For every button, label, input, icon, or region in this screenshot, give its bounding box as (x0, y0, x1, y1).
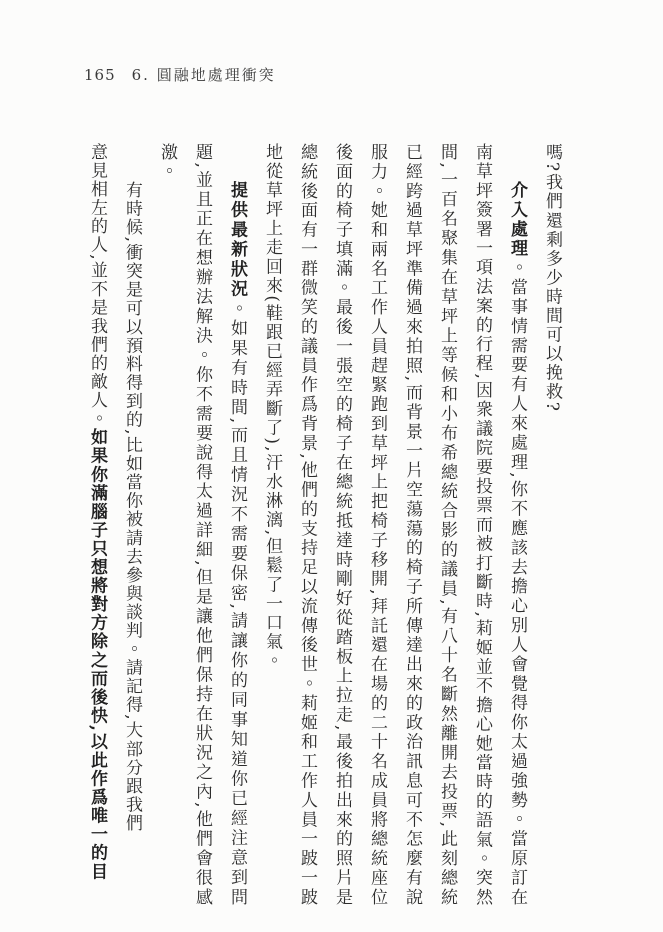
bold-lead-in: 介入處理 (507, 181, 527, 259)
paragraph-continuation: 嗎?我們還剩多少時間可以挽救? (534, 143, 569, 907)
text-run: 有時候,衝突是可以預料得到的,比如當你被請去參與談判。請記得,大部分跟我們 (122, 181, 142, 833)
paragraph-anticipate-conflict: 有時候,衝突是可以預料得到的,比如當你被請去參與談判。請記得,大部分跟我們意見相… (79, 143, 149, 907)
book-page: 1656. 圓融地處理衝突 嗎?我們還剩多少時間可以挽救? 介入處理。當事情需要… (0, 0, 663, 932)
bold-lead-in: 提供最新狀況 (227, 181, 247, 299)
text-run: 。當事情需要有人來處理,你不應該去擔心別人會覺得你太過強勢。當原訂在南草坪簽署一… (262, 143, 527, 907)
text-run: 意見相左的人,並不是我們的敵人。 (87, 143, 107, 428)
page-number: 165 (84, 66, 116, 84)
page-body-vertical-text: 嗎?我們還剩多少時間可以挽救? 介入處理。當事情需要有人來處理,你不應該去擔心別… (79, 143, 569, 907)
bold-emphasis: 如果你滿腦子只想將對方除之而後快,以此作爲唯一的目 (87, 428, 107, 881)
chapter-title: 6. 圓融地處理衝突 (132, 66, 276, 84)
text-run: 嗎?我們還剩多少時間可以挽救? (542, 143, 562, 413)
paragraph-update-status: 提供最新狀況。如果有時間,而且情況不需要保密,請讓你的同事知道你已經注意到問題,… (149, 143, 254, 907)
paragraph-intervene: 介入處理。當事情需要有人來處理,你不應該去擔心別人會覺得你太過強勢。當原訂在南草… (254, 143, 534, 907)
page-header: 1656. 圓融地處理衝突 (84, 64, 276, 85)
